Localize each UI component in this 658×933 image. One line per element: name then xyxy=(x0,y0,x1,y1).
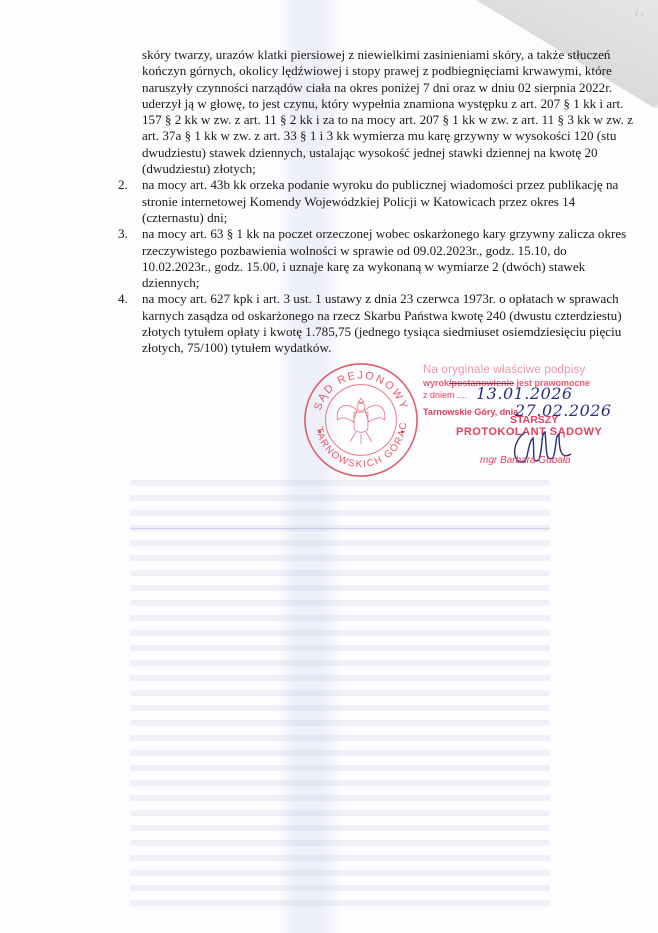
issue-place-label: Tarnowskie Góry, dnia xyxy=(423,407,518,417)
clerk-name: mgr Barbara Gubała xyxy=(480,455,571,466)
item-number: 3. xyxy=(118,226,128,242)
ruling-item: 4. na mocy art. 627 kpk i art. 3 ust. 1 … xyxy=(114,291,634,356)
item-text: na mocy art. 63 § 1 kk na poczet orzeczo… xyxy=(142,226,626,290)
certification-stamp: Na oryginale właściwe podpisy wyrok/post… xyxy=(420,364,630,474)
item-number: 4. xyxy=(118,291,128,307)
judgment-text: skóry twarzy, urazów klatki piersiowej z… xyxy=(114,47,634,357)
item-text: na mocy art. 627 kpk i art. 3 ust. 1 ust… xyxy=(142,291,622,355)
original-signatures-note: Na oryginale właściwe podpisy xyxy=(423,364,585,376)
reverse-side-line xyxy=(130,528,550,529)
ruling-item: 3. na mocy art. 63 § 1 kk na poczet orze… xyxy=(114,226,634,291)
ruling-items: 2. na mocy art. 43b kk orzeka podanie wy… xyxy=(114,177,634,356)
finality-date-label: z dniem .... xyxy=(423,390,467,400)
reverse-side-bleed xyxy=(130,480,550,910)
finality-prefix: wyrok xyxy=(423,378,449,388)
court-seal-stamp: SĄD REJONOWY W TARNOWSKICH GÓRACH xyxy=(302,361,420,479)
continuation-paragraph: skóry twarzy, urazów klatki piersiowej z… xyxy=(114,47,634,177)
eagle-seal-icon: SĄD REJONOWY W TARNOWSKICH GÓRACH xyxy=(302,361,420,479)
scanned-page: ⁝ · skóry twarzy, urazów klatki piersiow… xyxy=(0,0,658,933)
item-text: na mocy art. 43b kk orzeka podanie wyrok… xyxy=(142,177,618,225)
ruling-item: 2. na mocy art. 43b kk orzeka podanie wy… xyxy=(114,177,634,226)
item-number: 2. xyxy=(118,177,128,193)
